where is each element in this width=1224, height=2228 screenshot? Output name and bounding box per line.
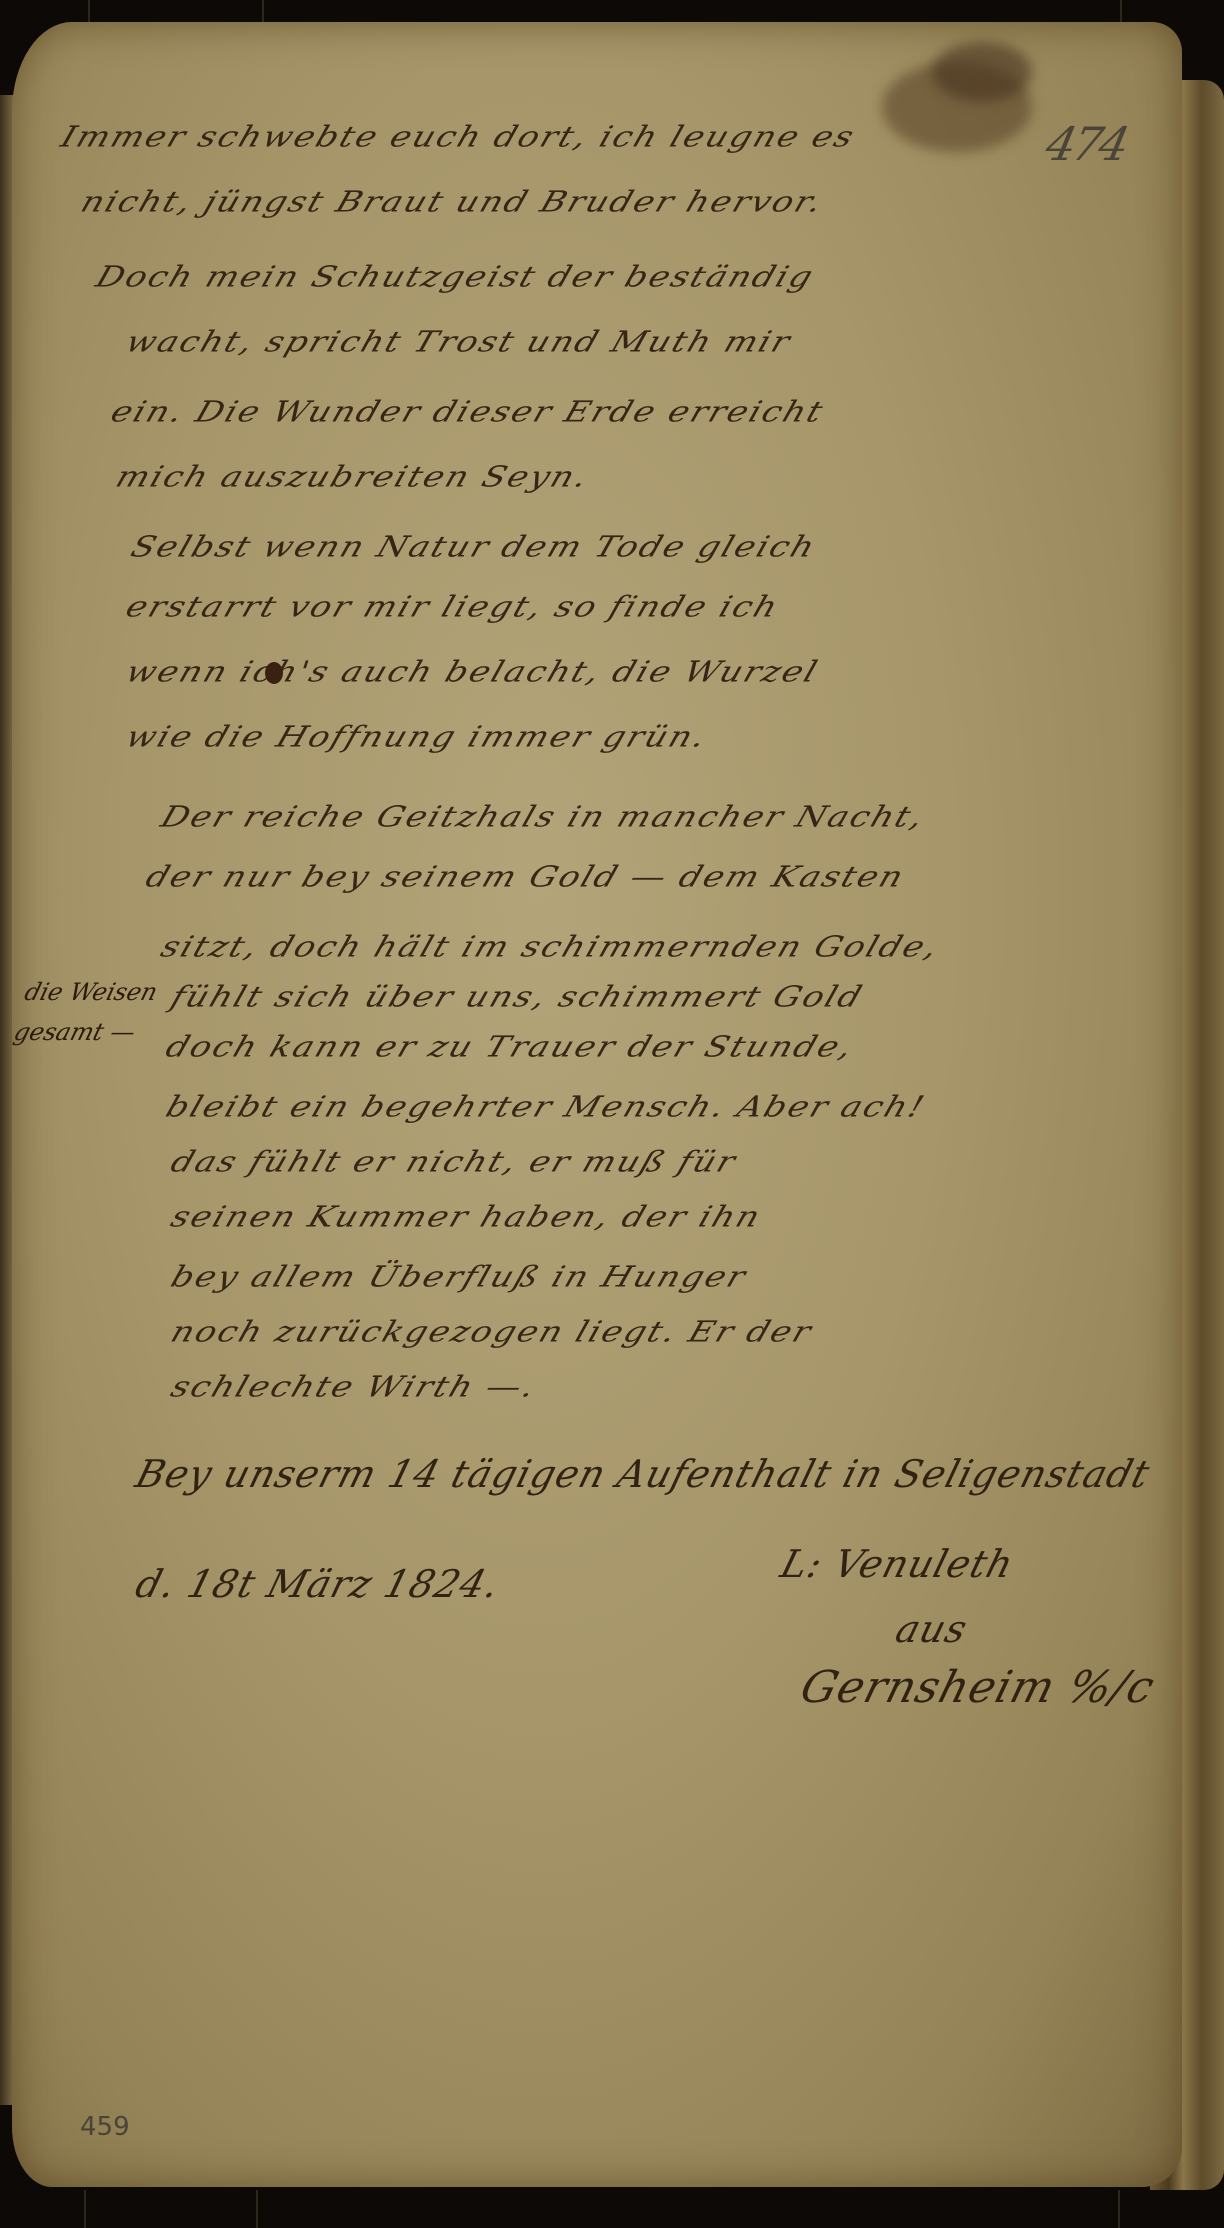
signature-name: L: Venuleth	[776, 1542, 1019, 1586]
margin-note: die Weisen gesamt —	[12, 972, 162, 1052]
signature-aus: aus	[891, 1607, 972, 1651]
folio-number: 474	[1041, 117, 1131, 171]
text-line: bey allem Überfluß in Hunger	[166, 1260, 751, 1294]
ink-blot	[265, 662, 283, 684]
pencil-page-number: 459	[80, 2112, 130, 2142]
text-line: ein. Die Wunder dieser Erde erreicht	[106, 395, 828, 429]
manuscript-page: 474 Immer schwebte euch dort, ich leugne…	[12, 22, 1182, 2187]
text-line: Der reiche Geitzhals in mancher Nacht,	[156, 800, 929, 834]
scanner-guide-line	[84, 2190, 86, 2228]
margin-note-line: die Weisen	[20, 972, 162, 1012]
text-line: sitzt, doch hält im schimmernden Golde,	[156, 930, 943, 964]
text-line: mich auszubreiten Seyn.	[111, 460, 593, 494]
text-line: bleibt ein begehrter Mensch. Aber ach!	[161, 1090, 930, 1124]
signature-place: Gernsheim %/c	[795, 1662, 1160, 1713]
text-line: Immer schwebte euch dort, ich leugne es	[56, 120, 859, 154]
closing-line: Bey unserm 14 tägigen Aufenthalt in Seli…	[131, 1452, 1155, 1496]
text-line: nicht, jüngst Braut und Bruder hervor.	[76, 185, 828, 219]
text-line: Selbst wenn Natur dem Tode gleich	[126, 530, 820, 564]
text-line: wie die Hoffnung immer grün.	[121, 720, 711, 754]
water-stain	[932, 42, 1032, 102]
text-line: Doch mein Schutzgeist der beständig	[91, 260, 818, 294]
text-line: fühlt sich über uns, schimmert Gold	[166, 980, 867, 1014]
text-line: wenn ich's auch belacht, die Wurzel	[121, 655, 823, 689]
text-line: doch kann er zu Trauer der Stunde,	[161, 1030, 858, 1064]
text-line: das fühlt er nicht, er muß für	[166, 1145, 741, 1179]
closing-date: d. 18t März 1824.	[131, 1562, 505, 1606]
text-line: seinen Kummer haben, der ihn	[166, 1200, 766, 1234]
text-line: der nur bey seinem Gold — dem Kasten	[141, 860, 909, 894]
scanner-guide-line	[256, 2190, 258, 2228]
text-line: schlechte Wirth —.	[166, 1370, 541, 1404]
scanner-guide-line	[1118, 2190, 1120, 2228]
text-line: noch zurückgezogen liegt. Er der	[166, 1315, 817, 1349]
text-line: wacht, spricht Trost und Muth mir	[121, 325, 796, 359]
text-line: erstarrt vor mir liegt, so finde ich	[121, 590, 783, 624]
margin-note-line: gesamt —	[12, 1012, 151, 1052]
